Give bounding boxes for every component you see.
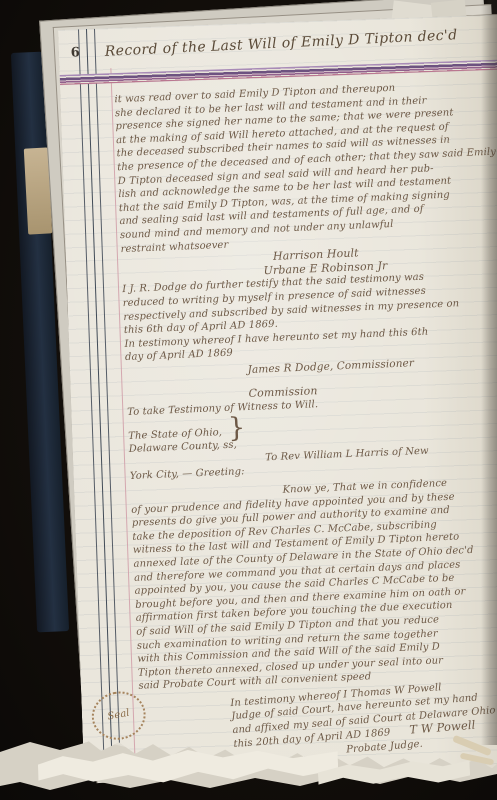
seal-label: Seal xyxy=(107,707,131,724)
attestation-paragraph: it was read over to said Emily D Tipton … xyxy=(114,77,497,256)
closing-block: In testimony whereof I Thomas W Powell J… xyxy=(230,675,497,765)
page-number: 6 xyxy=(71,45,82,60)
ledger-page: 6 Record of the Last Will of Emily D Tip… xyxy=(58,14,497,785)
venue-brace: } xyxy=(228,421,246,435)
book-photo: 6 Record of the Last Will of Emily D Tip… xyxy=(0,0,497,800)
commission-body: Know ye, That we in confidence of your p… xyxy=(130,474,497,694)
commissioner-testimony: I J. R. Dodge do further testify that th… xyxy=(122,268,497,365)
handwritten-content: it was read over to said Emily D Tipton … xyxy=(114,77,497,763)
binding-rule-line xyxy=(78,29,106,785)
seal-stamp: Seal xyxy=(88,687,150,744)
record-title: Record of the Last Will of Emily D Tipto… xyxy=(104,25,497,60)
page-gutter-shadow xyxy=(481,0,497,745)
